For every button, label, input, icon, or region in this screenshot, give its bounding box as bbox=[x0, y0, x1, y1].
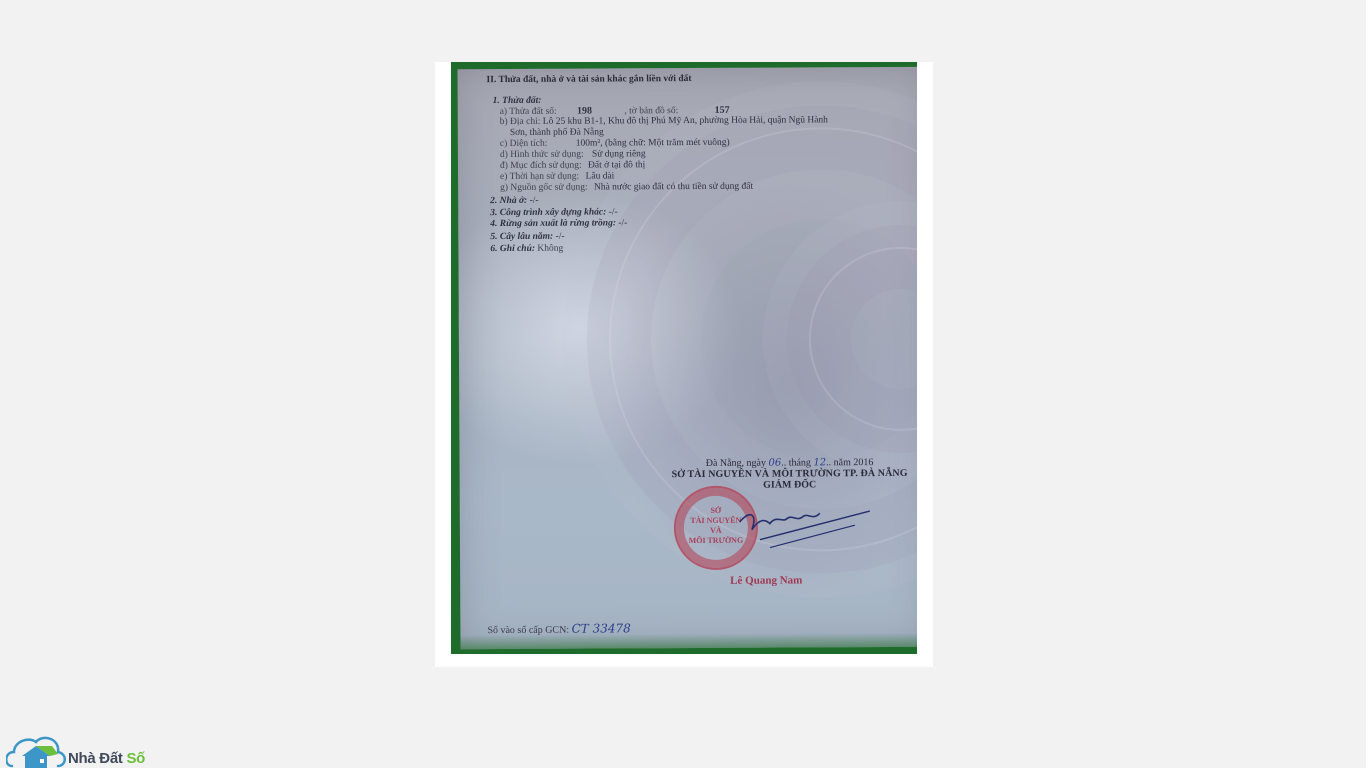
map-sheet-number: 157 bbox=[715, 105, 730, 116]
area-label: c) Diện tích: bbox=[500, 139, 548, 149]
note-label: 6. Ghi chú: bbox=[490, 244, 535, 254]
certificate-page: II. Thửa đất, nhà ở và tài sản khác gắn … bbox=[457, 67, 917, 649]
area-row: c) Diện tích: 100m², (bằng chữ: Một trăm… bbox=[500, 138, 730, 149]
use-form-value: Sử dụng riêng bbox=[592, 149, 646, 159]
address-row: b) Địa chỉ: Lô 25 khu B1-1, Khu đô thị P… bbox=[500, 115, 828, 127]
origin-label: g) Nguồn gốc sử dụng: bbox=[500, 183, 588, 193]
origin-value: Nhà nước giao đất có thu tiền sử dụng đấ… bbox=[594, 182, 753, 193]
date-year: 2016 bbox=[853, 457, 873, 468]
term-value: Lâu dài bbox=[586, 171, 615, 181]
registry-number: Số vào sổ cấp GCN: CT 33478 bbox=[487, 621, 630, 636]
term-label: e) Thời hạn sử dụng: bbox=[500, 172, 579, 182]
other-construction-value: -/- bbox=[609, 207, 618, 217]
brand-logo: Nhà Đất Số bbox=[6, 732, 166, 768]
brand-name-prefix: Nhà Đất bbox=[68, 750, 123, 767]
perennial-value: -/- bbox=[556, 232, 565, 242]
date-month: 12 bbox=[813, 457, 826, 468]
purpose-value: Đất ở tại đô thị bbox=[588, 160, 645, 170]
use-form-label: d) Hình thức sử dụng: bbox=[500, 150, 584, 160]
note-value: Không bbox=[537, 244, 563, 254]
land-heading: 1. Thửa đất: bbox=[493, 96, 542, 106]
origin-row: g) Nguồn gốc sử dụng: Nhà nước giao đất … bbox=[500, 182, 753, 193]
address-label: b) Địa chỉ: bbox=[500, 117, 541, 127]
parcel-label: a) Thửa đất số: bbox=[500, 107, 557, 117]
purpose-label: đ) Mục đích sử dụng: bbox=[500, 161, 582, 171]
term-row: e) Thời hạn sử dụng: Lâu dài bbox=[500, 171, 614, 182]
house-value: -/- bbox=[530, 196, 539, 206]
signer-name: Lê Quang Nam bbox=[730, 574, 802, 586]
document-photo-frame: II. Thửa đất, nhà ở và tài sản khác gắn … bbox=[435, 62, 933, 667]
signer-position: GIÁM ĐỐC bbox=[640, 479, 917, 492]
signature-block: Đà Nẵng, ngày 06.. tháng 12.. năm 2016 S… bbox=[640, 457, 917, 492]
issuing-organization: SỞ TÀI NGUYÊN VÀ MÔI TRƯỜNG TP. ĐÀ NẴNG bbox=[640, 468, 917, 481]
forest-row: 4. Rừng sản xuất là rừng trồng: -/- bbox=[490, 218, 627, 229]
other-construction-row: 3. Công trình xây dựng khác: -/- bbox=[490, 207, 617, 218]
use-form-row: d) Hình thức sử dụng: Sử dụng riêng bbox=[500, 149, 646, 160]
date-month-label: tháng bbox=[789, 457, 811, 468]
address-line-1: Lô 25 khu B1-1, Khu đô thị Phú Mỹ An, ph… bbox=[543, 115, 828, 126]
address-line-2: Sơn, thành phố Đà Nẵng bbox=[510, 127, 604, 137]
date-year-label: năm bbox=[834, 457, 851, 468]
house-row: 2. Nhà ở: -/- bbox=[490, 196, 538, 206]
purpose-row: đ) Mục đích sử dụng: Đất ở tại đô thị bbox=[500, 160, 645, 171]
parcel-number: 198 bbox=[577, 106, 592, 117]
perennial-label: 5. Cây lâu năm: bbox=[490, 232, 553, 242]
forest-value: -/- bbox=[618, 218, 627, 228]
registry-label: Số vào sổ cấp GCN: bbox=[487, 625, 569, 636]
perennial-row: 5. Cây lâu năm: -/- bbox=[490, 232, 564, 242]
date-day: 06 bbox=[768, 458, 781, 469]
other-construction-label: 3. Công trình xây dựng khác: bbox=[490, 207, 606, 218]
house-label: 2. Nhà ở: bbox=[490, 196, 527, 206]
area-value: 100m², (bằng chữ: Một trăm mét vuông) bbox=[576, 138, 730, 149]
section-title: II. Thửa đất, nhà ở và tài sản khác gắn … bbox=[487, 74, 692, 87]
forest-label: 4. Rừng sản xuất là rừng trồng: bbox=[490, 218, 616, 229]
date-place: Đà Nẵng, ngày bbox=[706, 458, 766, 469]
registry-value: CT 33478 bbox=[572, 621, 631, 635]
brand-name-suffix: Số bbox=[126, 750, 145, 767]
map-sheet-label: , tờ bản đồ số: bbox=[624, 106, 678, 116]
brand-name: Nhà Đất Số bbox=[68, 750, 145, 767]
note-row: 6. Ghi chú: Không bbox=[490, 244, 563, 254]
document-photo: II. Thửa đất, nhà ở và tài sản khác gắn … bbox=[451, 62, 917, 654]
handwritten-signature bbox=[730, 499, 880, 560]
cloud-house-icon bbox=[6, 732, 66, 768]
